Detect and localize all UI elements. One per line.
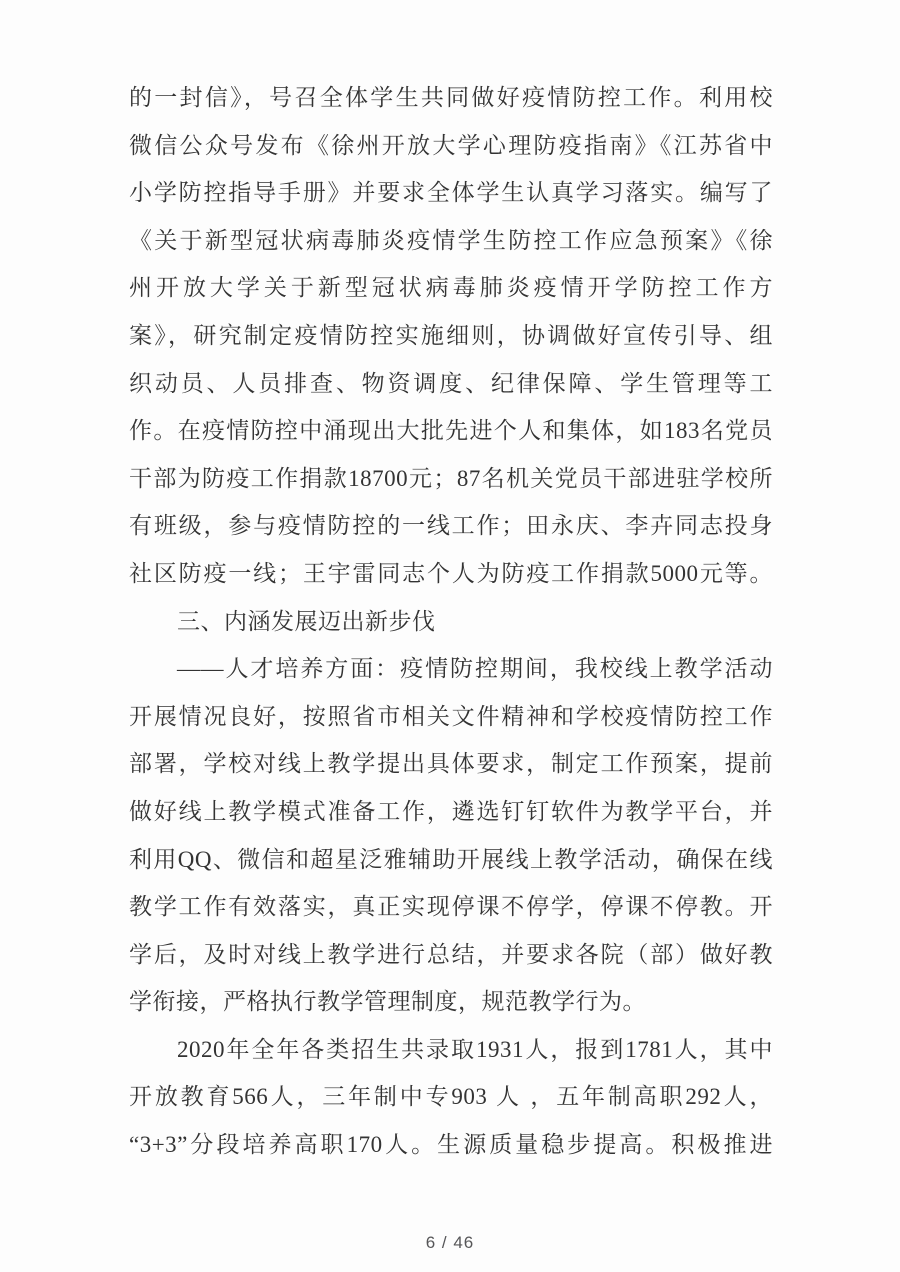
text-line: 开展情况良好，按照省市相关文件精神和学校疫情防控工作	[129, 693, 773, 741]
text-line: 开放教育566人，三年制中专903 人 ，五年制高职292人，	[129, 1073, 773, 1121]
text-line: 社区防疫一线；王宇雷同志个人为防疫工作捐款5000元等。	[129, 550, 773, 598]
text-line: 的一封信》，号召全体学生共同做好疫情防控工作。利用校	[129, 74, 773, 122]
text-line: 干部为防疫工作捐款18700元；87名机关党员干部进驻学校所	[129, 455, 773, 503]
paragraph-start-line: 2020年全年各类招生共录取1931人，报到1781人，其中	[129, 1026, 773, 1074]
text-block: 的一封信》，号召全体学生共同做好疫情防控工作。利用校 微信公众号发布《徐州开放大…	[129, 74, 773, 1169]
paragraph-end-line: 学衔接，严格执行教学管理制度，规范教学行为。	[129, 978, 773, 1026]
text-line: 部署，学校对线上教学提出具体要求，制定工作预案，提前	[129, 740, 773, 788]
text-line: 学后，及时对线上教学进行总结，并要求各院（部）做好教	[129, 931, 773, 979]
section-heading: 三、内涵发展迈出新步伐	[129, 598, 773, 646]
page-number: 6 / 46	[0, 1233, 900, 1253]
text-line: 作。在疫情防控中涌现出大批先进个人和集体，如183名党员	[129, 407, 773, 455]
text-line: 案》，研究制定疫情防控实施细则，协调做好宣传引导、组	[129, 312, 773, 360]
text-line: 教学工作有效落实，真正实现停课不停学，停课不停教。开	[129, 883, 773, 931]
text-line: 微信公众号发布《徐州开放大学心理防疫指南》《江苏省中	[129, 122, 773, 170]
paragraph-start-line: ——人才培养方面：疫情防控期间，我校线上教学活动	[129, 645, 773, 693]
text-line: “3+3”分段培养高职170人。生源质量稳步提高。积极推进	[129, 1121, 773, 1169]
text-line: 利用QQ、微信和超星泛雅辅助开展线上教学活动，确保在线	[129, 836, 773, 884]
text-line: 《关于新型冠状病毒肺炎疫情学生防控工作应急预案》《徐	[129, 217, 773, 265]
text-line: 小学防控指导手册》并要求全体学生认真学习落实。编写了	[129, 169, 773, 217]
document-page: 的一封信》，号召全体学生共同做好疫情防控工作。利用校 微信公众号发布《徐州开放大…	[0, 0, 900, 1272]
text-line: 州开放大学关于新型冠状病毒肺炎疫情开学防控工作方	[129, 264, 773, 312]
text-line: 做好线上教学模式准备工作，遴选钉钉软件为教学平台，并	[129, 788, 773, 836]
text-line: 有班级，参与疫情防控的一线工作；田永庆、李卉同志投身	[129, 502, 773, 550]
text-line: 织动员、人员排查、物资调度、纪律保障、学生管理等工	[129, 360, 773, 408]
